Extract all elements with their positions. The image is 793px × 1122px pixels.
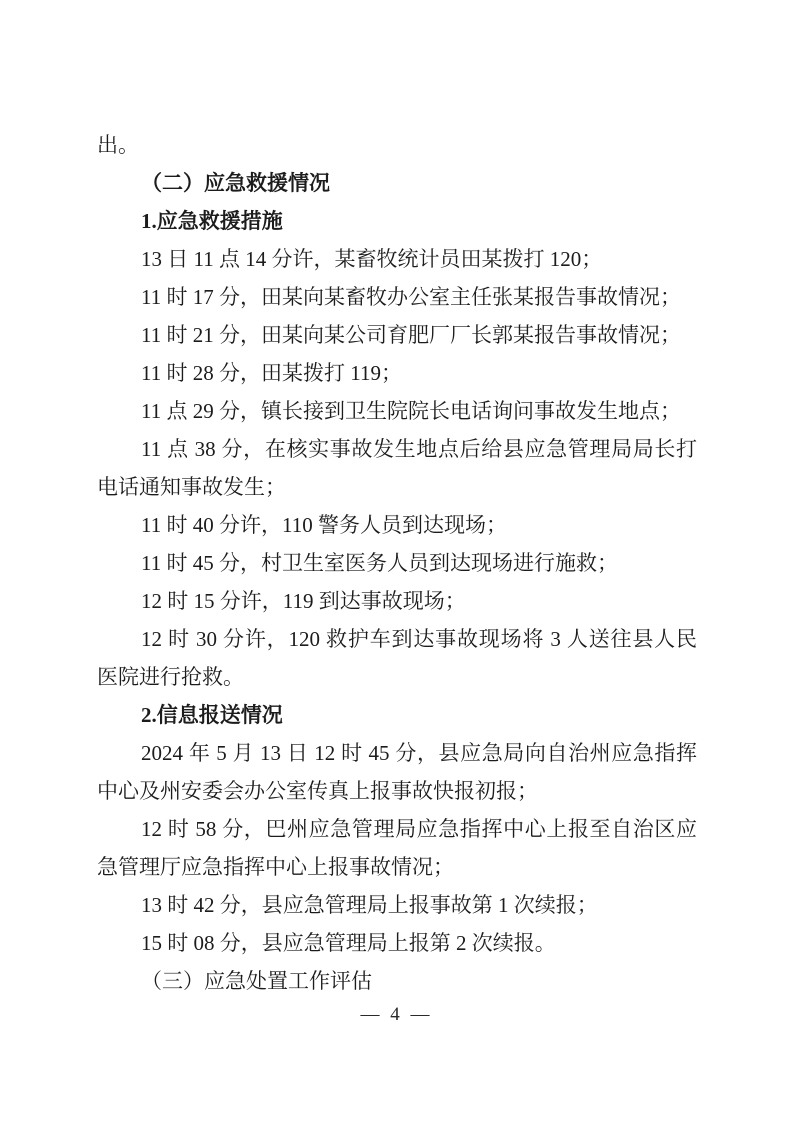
paragraph-timeline-9: 12 时 15 分许，119 到达事故现场； [97,582,697,620]
heading-subsection-information-reporting: 2.信息报送情况 [97,696,697,734]
paragraph-report-3: 13 时 42 分，县应急管理局上报事故第 1 次续报； [97,886,697,924]
paragraph-timeline-10: 12 时 30 分许，120 救护车到达事故现场将 3 人送往县人民医院进行抢救… [97,620,697,696]
paragraph-timeline-5: 11 点 29 分，镇长接到卫生院院长电话询问事故发生地点； [97,392,697,430]
paragraph-report-2: 12 时 58 分，巴州应急管理局应急指挥中心上报至自治区应急管理厅应急指挥中心… [97,810,697,886]
page-number: — 4 — [0,998,793,1032]
paragraph-report-4: 15 时 08 分，县应急管理局上报第 2 次续报。 [97,924,697,962]
heading-section-response-evaluation: （三）应急处置工作评估 [97,962,697,1000]
document-content: 出。 （二）应急救援情况 1.应急救援措施 13 日 11 点 14 分许，某畜… [97,126,697,1000]
paragraph-report-1: 2024 年 5 月 13 日 12 时 45 分，县应急局向自治州应急指挥中心… [97,734,697,810]
paragraph-timeline-6: 11 点 38 分，在核实事故发生地点后给县应急管理局局长打电话通知事故发生； [97,430,697,506]
document-page: 出。 （二）应急救援情况 1.应急救援措施 13 日 11 点 14 分许，某畜… [0,0,793,1122]
paragraph-timeline-7: 11 时 40 分许，110 警务人员到达现场； [97,506,697,544]
paragraph-timeline-3: 11 时 21 分，田某向某公司育肥厂厂长郭某报告事故情况； [97,316,697,354]
heading-section-emergency-rescue: （二）应急救援情况 [97,164,697,202]
paragraph-timeline-8: 11 时 45 分，村卫生室医务人员到达现场进行施救； [97,544,697,582]
paragraph-closing-previous: 出。 [97,126,697,164]
paragraph-timeline-2: 11 时 17 分，田某向某畜牧办公室主任张某报告事故情况； [97,278,697,316]
paragraph-timeline-4: 11 时 28 分，田某拨打 119； [97,354,697,392]
paragraph-timeline-1: 13 日 11 点 14 分许，某畜牧统计员田某拨打 120； [97,240,697,278]
heading-subsection-rescue-measures: 1.应急救援措施 [97,202,697,240]
